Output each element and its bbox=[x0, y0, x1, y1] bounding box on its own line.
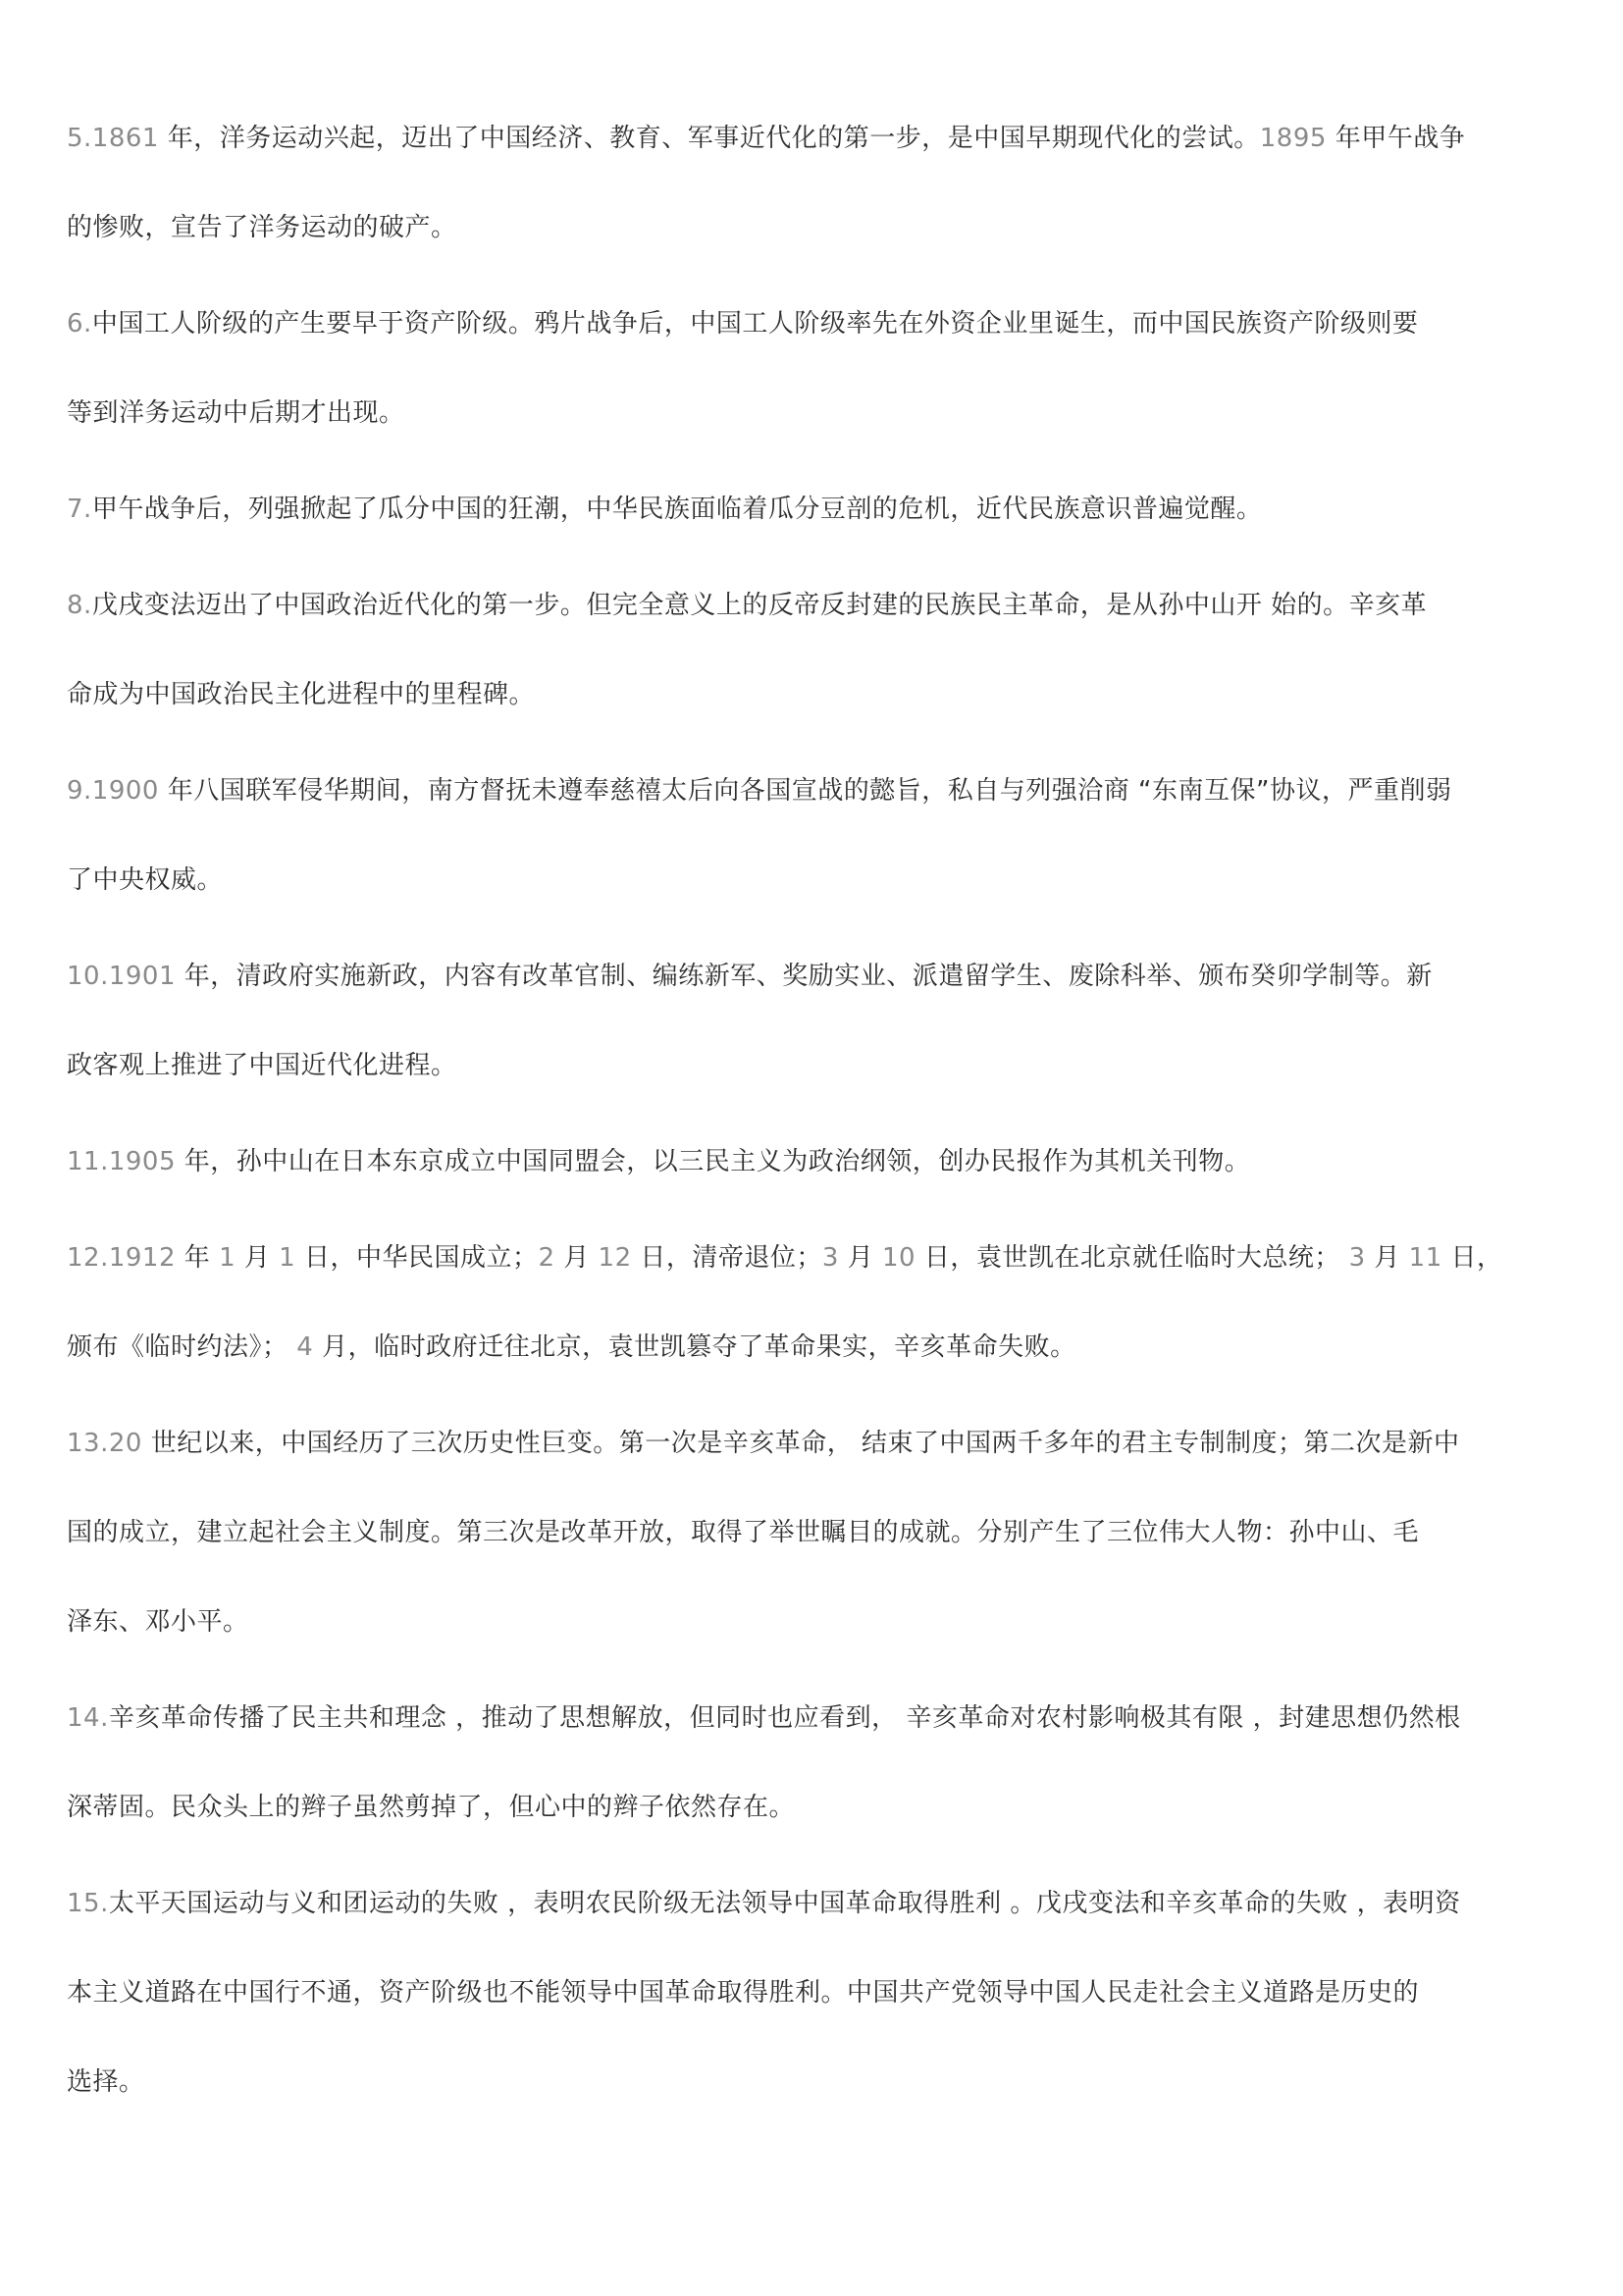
number-text: 11 bbox=[1409, 1243, 1442, 1273]
text-line: 9.1900 年八国联军侵华期间，南方督抚未遵奉慈禧太后向各国宣战的懿旨，私自与… bbox=[67, 747, 1564, 836]
note-item-15: 15.太平天国运动与义和团运动的失败 ，表明农民阶级无法领导中国革命取得胜利 。… bbox=[67, 1859, 1564, 2127]
text-line: 深蒂固。民众头上的辫子虽然剪掉了，但心中的辫子依然存在。 bbox=[67, 1763, 1564, 1852]
text-line: 政客观上推进了中国近代化进程。 bbox=[67, 1021, 1564, 1111]
number-text: 1 bbox=[219, 1243, 236, 1273]
number-text: 5.1861 bbox=[67, 124, 159, 153]
text-line: 泽东、邓小平。 bbox=[67, 1578, 1564, 1667]
text-line: 本主义道路在中国行不通，资产阶级也不能领导中国革命取得胜利。中国共产党领导中国人… bbox=[67, 1949, 1564, 2038]
text-line: 5.1861 年，洋务运动兴起，迈出了中国经济、教育、军事近代化的第一步，是中国… bbox=[67, 94, 1564, 183]
text-line: 15.太平天国运动与义和团运动的失败 ，表明农民阶级无法领导中国革命取得胜利 。… bbox=[67, 1859, 1564, 1949]
note-item-11: 11.1905 年，孙中山在日本东京成立中国同盟会，以三民主义为政治纲领，创办民… bbox=[67, 1118, 1564, 1207]
note-item-14: 14.辛亥革命传播了民主共和理念 ，推动了思想解放，但同时也应看到， 辛亥革命对… bbox=[67, 1674, 1564, 1852]
number-text: 8. bbox=[67, 591, 92, 620]
text-line: 了中央权威。 bbox=[67, 836, 1564, 925]
history-notes-list: 5.1861 年，洋务运动兴起，迈出了中国经济、教育、军事近代化的第一步，是中国… bbox=[0, 0, 1623, 2127]
text-line: 颁布《临时约法》； 4 月，临时政府迁往北京，袁世凯篡夺了革命果实，辛亥革命失败… bbox=[67, 1303, 1564, 1392]
text-line: 10.1901 年，清政府实施新政，内容有改革官制、编练新军、奖励实业、派遣留学… bbox=[67, 932, 1564, 1021]
text-line: 选择。 bbox=[67, 2038, 1564, 2127]
number-text: 10 bbox=[882, 1243, 916, 1273]
text-line: 6.中国工人阶级的产生要早于资产阶级。鸦片战争后，中国工人阶级率先在外资企业里诞… bbox=[67, 280, 1564, 369]
number-text: 13.20 bbox=[67, 1429, 142, 1458]
note-item-5: 5.1861 年，洋务运动兴起，迈出了中国经济、教育、军事近代化的第一步，是中国… bbox=[67, 94, 1564, 273]
number-text: 15. bbox=[67, 1889, 109, 1918]
note-item-13: 13.20 世纪以来，中国经历了三次历史性巨变。第一次是辛亥革命， 结束了中国两… bbox=[67, 1399, 1564, 1667]
number-text: 6. bbox=[67, 309, 92, 339]
number-text: 12 bbox=[599, 1243, 632, 1273]
number-text: 12.1912 bbox=[67, 1243, 176, 1273]
number-text: 1895 bbox=[1260, 124, 1327, 153]
number-text: 14. bbox=[67, 1703, 109, 1733]
note-item-10: 10.1901 年，清政府实施新政，内容有改革官制、编练新军、奖励实业、派遣留学… bbox=[67, 932, 1564, 1111]
document-page: 5.1861 年，洋务运动兴起，迈出了中国经济、教育、军事近代化的第一步，是中国… bbox=[0, 0, 1623, 2296]
text-line: 国的成立，建立起社会主义制度。第三次是改革开放，取得了举世瞩目的成就。分别产生了… bbox=[67, 1488, 1564, 1578]
number-text: 1 bbox=[279, 1243, 295, 1273]
text-line: 7.甲午战争后，列强掀起了瓜分中国的狂潮，中华民族面临着瓜分豆剖的危机，近代民族… bbox=[67, 465, 1564, 554]
text-line: 13.20 世纪以来，中国经历了三次历史性巨变。第一次是辛亥革命， 结束了中国两… bbox=[67, 1399, 1564, 1488]
number-text: 10.1901 bbox=[67, 962, 176, 991]
note-item-6: 6.中国工人阶级的产生要早于资产阶级。鸦片战争后，中国工人阶级率先在外资企业里诞… bbox=[67, 280, 1564, 458]
number-text: 7. bbox=[67, 495, 92, 524]
text-line: 14.辛亥革命传播了民主共和理念 ，推动了思想解放，但同时也应看到， 辛亥革命对… bbox=[67, 1674, 1564, 1763]
text-line: 12.1912 年 1 月 1 日，中华民国成立；2 月 12 日，清帝退位；3… bbox=[67, 1214, 1564, 1303]
number-text: 4 bbox=[296, 1332, 313, 1362]
number-text: 2 bbox=[538, 1243, 554, 1273]
number-text: 11.1905 bbox=[67, 1147, 176, 1176]
number-text: 9.1900 bbox=[67, 776, 159, 806]
text-line: 11.1905 年，孙中山在日本东京成立中国同盟会，以三民主义为政治纲领，创办民… bbox=[67, 1118, 1564, 1207]
note-item-7: 7.甲午战争后，列强掀起了瓜分中国的狂潮，中华民族面临着瓜分豆剖的危机，近代民族… bbox=[67, 465, 1564, 554]
note-item-12: 12.1912 年 1 月 1 日，中华民国成立；2 月 12 日，清帝退位；3… bbox=[67, 1214, 1564, 1392]
note-item-8: 8.戊戌变法迈出了中国政治近代化的第一步。但完全意义上的反帝反封建的民族民主革命… bbox=[67, 561, 1564, 740]
note-item-9: 9.1900 年八国联军侵华期间，南方督抚未遵奉慈禧太后向各国宣战的懿旨，私自与… bbox=[67, 747, 1564, 925]
text-line: 等到洋务运动中后期才出现。 bbox=[67, 369, 1564, 458]
number-text: 3 bbox=[1349, 1243, 1366, 1273]
number-text: 3 bbox=[822, 1243, 839, 1273]
text-line: 命成为中国政治民主化进程中的里程碑。 bbox=[67, 651, 1564, 740]
text-line: 8.戊戌变法迈出了中国政治近代化的第一步。但完全意义上的反帝反封建的民族民主革命… bbox=[67, 561, 1564, 651]
text-line: 的惨败，宣告了洋务运动的破产。 bbox=[67, 183, 1564, 273]
